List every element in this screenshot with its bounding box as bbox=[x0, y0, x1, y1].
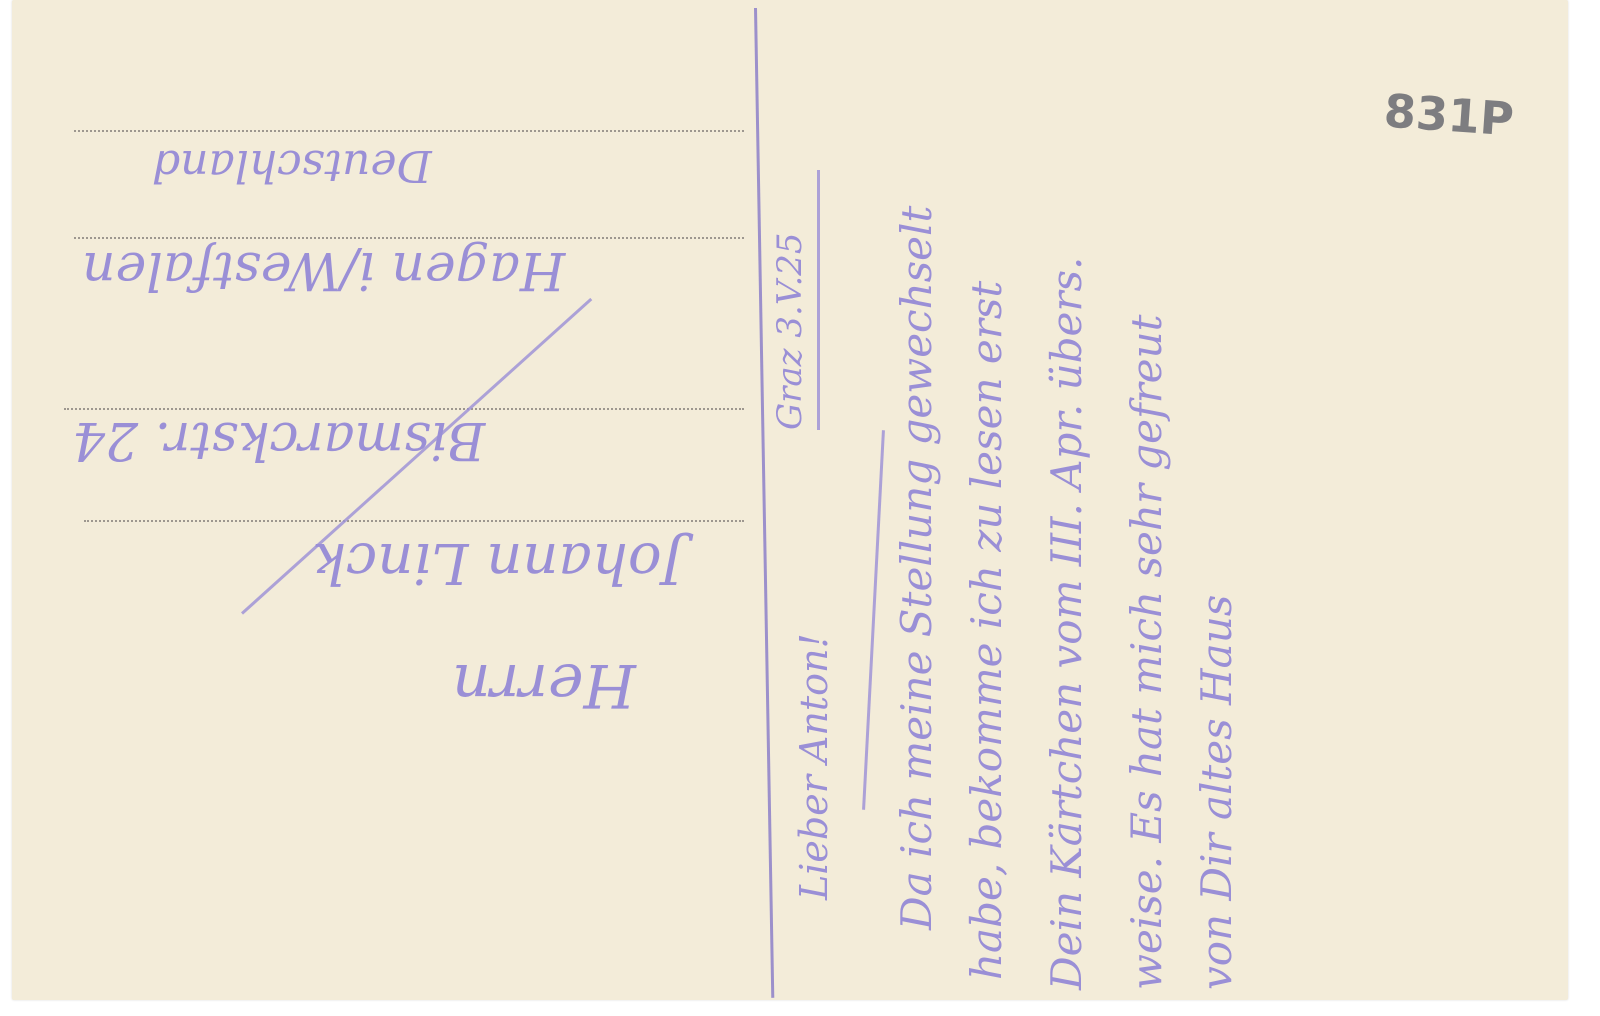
address-dotted-line bbox=[74, 130, 744, 132]
message-line-4: weise. Es hat mich sehr gefreut bbox=[1122, 315, 1171, 990]
address-line-salutation: Herrn bbox=[452, 650, 636, 720]
message-line-3: Dein Kärtchen vom III. Apr. übers. bbox=[1042, 257, 1091, 990]
address-line-name: Johann Linck bbox=[312, 530, 684, 595]
address-line-city: Hagen i/Westfalen bbox=[82, 240, 565, 300]
message-line-5: von Dir altes Haus bbox=[1192, 595, 1241, 990]
salutation-underline bbox=[862, 430, 885, 810]
pencil-catalog-number: 831P bbox=[1382, 84, 1515, 147]
address-line-country: Deutschland bbox=[152, 140, 432, 191]
message-salutation: Lieber Anton! bbox=[792, 633, 836, 900]
address-line-street: Bismarckstr. 24 bbox=[72, 410, 485, 470]
postcard-back: Deutschland Hagen i/Westfalen Bismarckst… bbox=[12, 0, 1568, 1000]
message-line-2: habe, bekomme ich zu lesen erst bbox=[962, 281, 1011, 980]
center-divider-line bbox=[754, 8, 774, 998]
dateline: Graz 3.V.25 bbox=[770, 232, 810, 430]
dateline-underline bbox=[817, 170, 820, 430]
address-dotted-line bbox=[74, 237, 744, 239]
address-dotted-line bbox=[84, 520, 744, 522]
message-line-1: Da ich meine Stellung gewechselt bbox=[892, 206, 941, 930]
